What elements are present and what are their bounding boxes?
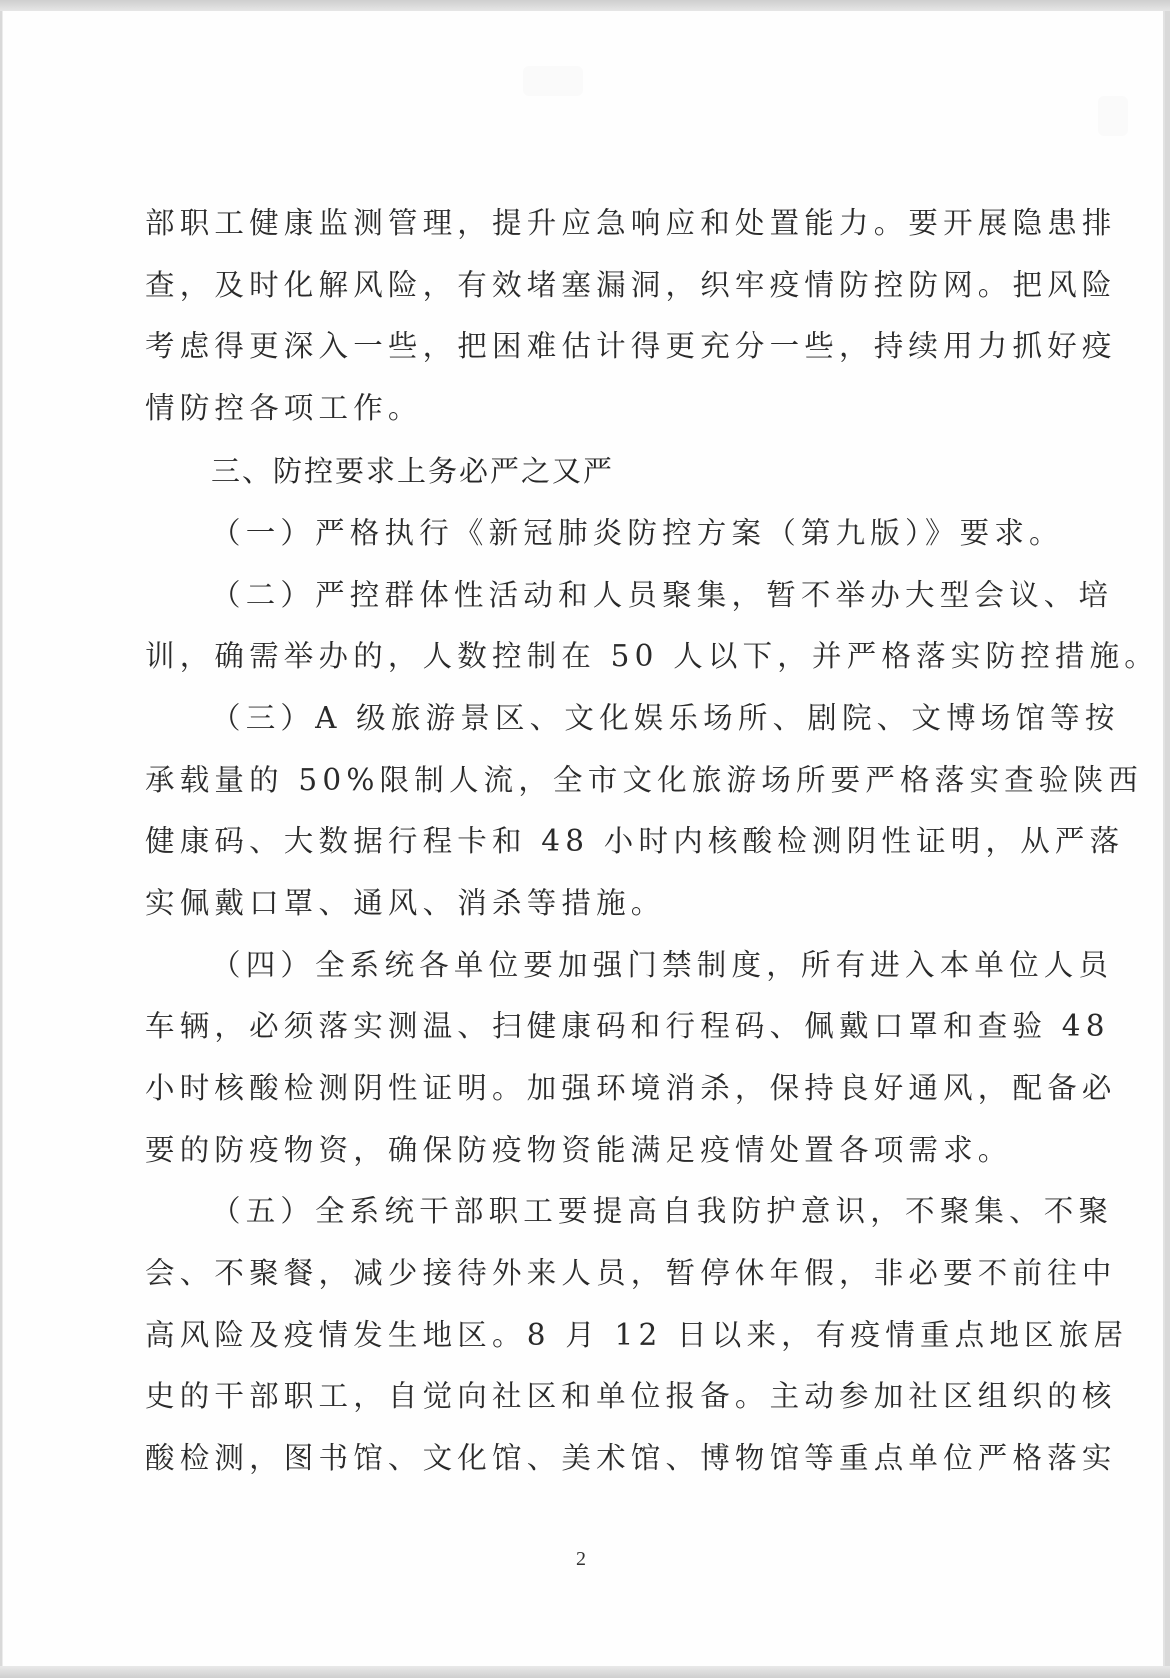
paragraph-start-line: （三）A 级旅游景区、文化娱乐场所、剧院、文博场馆等按 <box>211 698 1120 738</box>
text-line: 酸检测，图书馆、文化馆、美术馆、博物馆等重点单位严格落实 <box>145 1438 1117 1478</box>
text-line: 车辆，必须落实测温、扫健康码和行程码、佩戴口罩和查验 48 <box>145 1006 1110 1046</box>
text-line: 考虑得更深入一些，把困难估计得更充分一些，持续用力抓好疫 <box>145 326 1117 366</box>
text-line: 情防控各项工作。 <box>145 388 423 428</box>
page-number: 2 <box>576 1548 586 1571</box>
document-page: 部职工健康监测管理，提升应急响应和处置能力。要开展隐患排 查，及时化解风险，有效… <box>2 11 1165 1666</box>
text-line: 会、不聚餐，减少接待外来人员，暂停休年假，非必要不前往中 <box>145 1253 1117 1293</box>
text-line: 部职工健康监测管理，提升应急响应和处置能力。要开展隐患排 <box>145 203 1117 243</box>
paragraph-start-line: （二）严控群体性活动和人员聚集，暂不举办大型会议、培 <box>211 575 1113 615</box>
paragraph-start-line: （四）全系统各单位要加强门禁制度，所有进入本单位人员 <box>211 945 1113 985</box>
text-line: 承载量的 50%限制人流，全市文化旅游场所要严格落实查验陕西 <box>145 760 1143 800</box>
viewer-top-frame <box>0 0 1170 11</box>
text-line: 高风险及疫情发生地区。8 月 12 日以来，有疫情重点地区旅居 <box>145 1315 1128 1355</box>
paragraph-start-line: （一）严格执行《新冠肺炎防控方案（第九版）》要求。 <box>211 513 1064 553</box>
scan-artifact <box>523 66 583 96</box>
viewer-bottom-frame <box>0 1666 1170 1678</box>
text-line: 要的防疫物资，确保防疫物资能满足疫情处置各项需求。 <box>145 1130 1013 1170</box>
paragraph-start-line: （五）全系统干部职工要提高自我防护意识，不聚集、不聚 <box>211 1191 1113 1231</box>
text-line: 查，及时化解风险，有效堵塞漏洞，织牢疫情防控防网。把风险 <box>145 265 1117 305</box>
text-line: 训，确需举办的，人数控制在 50 人以下，并严格落实防控措施。 <box>145 636 1159 676</box>
text-line: 健康码、大数据行程卡和 48 小时内核酸检测阴性证明，从严落 <box>145 821 1124 861</box>
section-heading: 三、防控要求上务必严之又严 <box>211 451 614 491</box>
text-line: 实佩戴口罩、通风、消杀等措施。 <box>145 883 666 923</box>
scan-artifact <box>1098 96 1128 136</box>
text-line: 史的干部职工，自觉向社区和单位报备。主动参加社区组织的核 <box>145 1376 1117 1416</box>
text-line: 小时核酸检测阴性证明。加强环境消杀，保持良好通风，配备必 <box>145 1068 1117 1108</box>
